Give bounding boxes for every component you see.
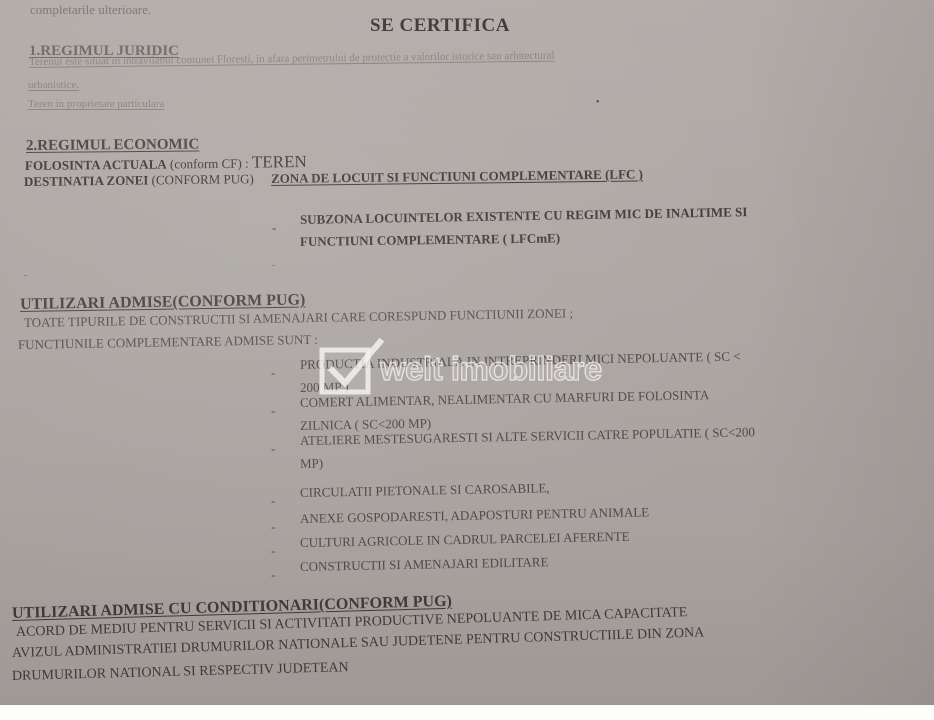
regim-juridic-line: Teren in proprietate particulara [28, 98, 164, 110]
list-item-text: CONSTRUCTII SI AMENAJARI EDILITARE [300, 554, 549, 575]
section-heading-regim-economic: 2.REGIMUL ECONOMIC [26, 136, 199, 155]
bullet-dash: - [271, 567, 275, 583]
folosinta-label: FOLOSINTA ACTUALA [25, 157, 167, 173]
document-photo: completarile ulterioare. SE CERTIFICA 1.… [0, 0, 934, 705]
top-fragment-text: completarile ulterioare. [30, 2, 151, 18]
bullet-dash: - [271, 493, 275, 509]
list-item-text: ANEXE GOSPODARESTI, ADAPOSTURI PENTRU AN… [300, 504, 649, 527]
destinatia-label: DESTINATIA ZONEI [24, 172, 149, 189]
list-item-text: CIRCULATII PIETONALE SI CAROSABILE, [300, 480, 550, 501]
bullet-dash: - [271, 519, 275, 535]
folosinta-value: TEREN [252, 152, 307, 172]
subzone-line: SUBZONA LOCUINTELOR EXISTENTE CU REGIM M… [300, 204, 748, 228]
list-item-text-continued: MP) [300, 456, 323, 472]
stray-mark: • [596, 97, 600, 108]
photo-bottom-margin [0, 705, 934, 720]
destinatia-note: (CONFORM PUG) [152, 171, 254, 187]
utilizari-admise-intro: FUNCTIUNILE COMPLEMENTARE ADMISE SUNT : [18, 332, 318, 353]
subzone-line: FUNCTIUNI COMPLEMENTARE ( LFCmE) [300, 230, 560, 250]
list-item-text: PRODUCTIA INDUSTRIALA IN INTREPRINDERI M… [300, 349, 741, 373]
bullet-dash: - [272, 260, 275, 271]
bullet-dash: - [271, 365, 275, 381]
bullet-dash: - [271, 441, 275, 457]
list-item-text: COMERT ALIMENTAR, NEALIMENTAR CU MARFURI… [300, 387, 710, 411]
destinatia-value: ZONA DE LOCUIT SI FUNCTIUNI COMPLEMENTAR… [271, 166, 643, 186]
bullet-dash: - [271, 543, 275, 559]
list-item-text: CULTURI AGRICOLE IN CADRUL PARCELEI AFER… [300, 529, 630, 551]
folosinta-note: (conform CF) : [170, 156, 249, 172]
bullet-dash: - [271, 403, 275, 419]
conditionari-line: DRUMURILOR NATIONAL SI RESPECTIV JUDETEA… [12, 660, 349, 685]
regim-juridic-line: urbanistice. [28, 79, 79, 91]
bullet-dash: - [272, 220, 276, 236]
bullet-dash: - [24, 270, 27, 281]
document-title: SE CERTIFICA [370, 15, 510, 37]
